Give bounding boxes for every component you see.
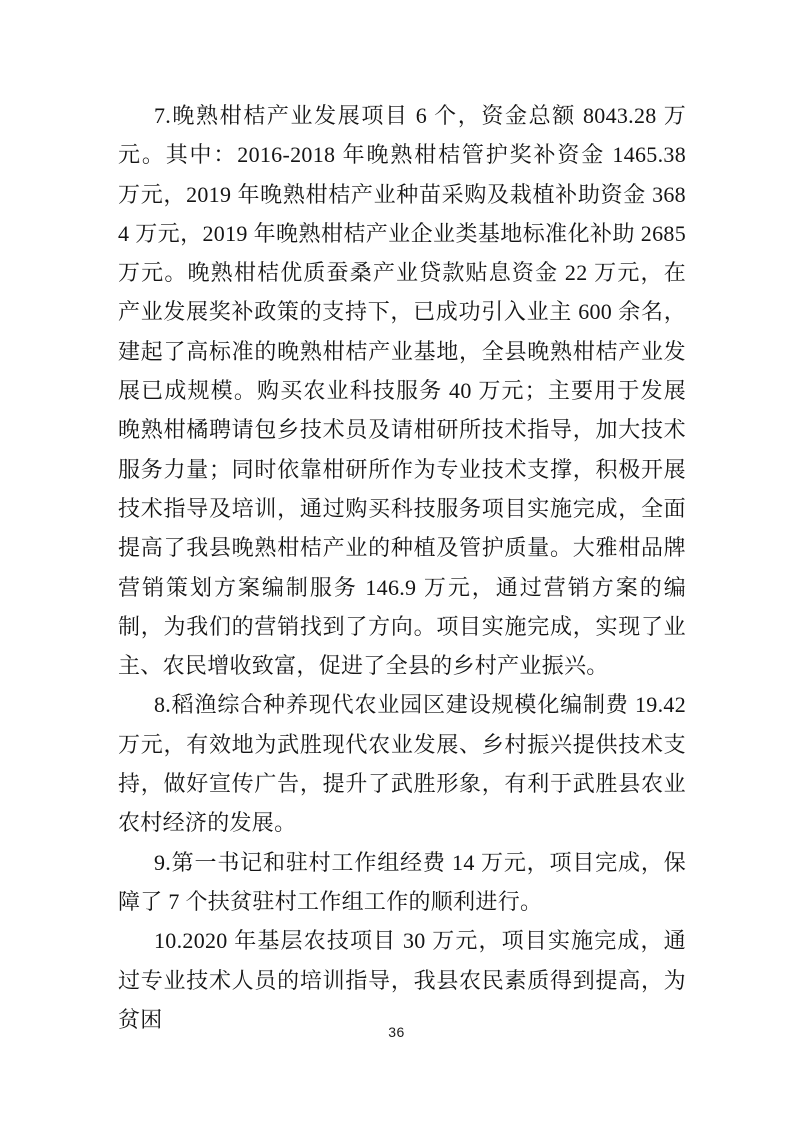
paragraph-item-10: 10.2020 年基层农技项目 30 万元，项目实施完成，通过专业技术人员的培训…	[118, 921, 686, 1039]
paragraph-item-7: 7.晚熟柑桔产业发展项目 6 个，资金总额 8043.28 万元。其中：2016…	[118, 96, 686, 685]
paragraph-item-8: 8.稻渔综合种养现代农业园区建设规模化编制费 19.42 万元，有效地为武胜现代…	[118, 685, 686, 842]
document-page: 7.晚熟柑桔产业发展项目 6 个，资金总额 8043.28 万元。其中：2016…	[0, 0, 793, 1122]
page-number: 36	[0, 1024, 793, 1040]
paragraph-item-9: 9.第一书记和驻村工作组经费 14 万元，项目完成，保障了 7 个扶贫驻村工作组…	[118, 843, 686, 922]
document-body: 7.晚熟柑桔产业发展项目 6 个，资金总额 8043.28 万元。其中：2016…	[0, 0, 793, 1039]
